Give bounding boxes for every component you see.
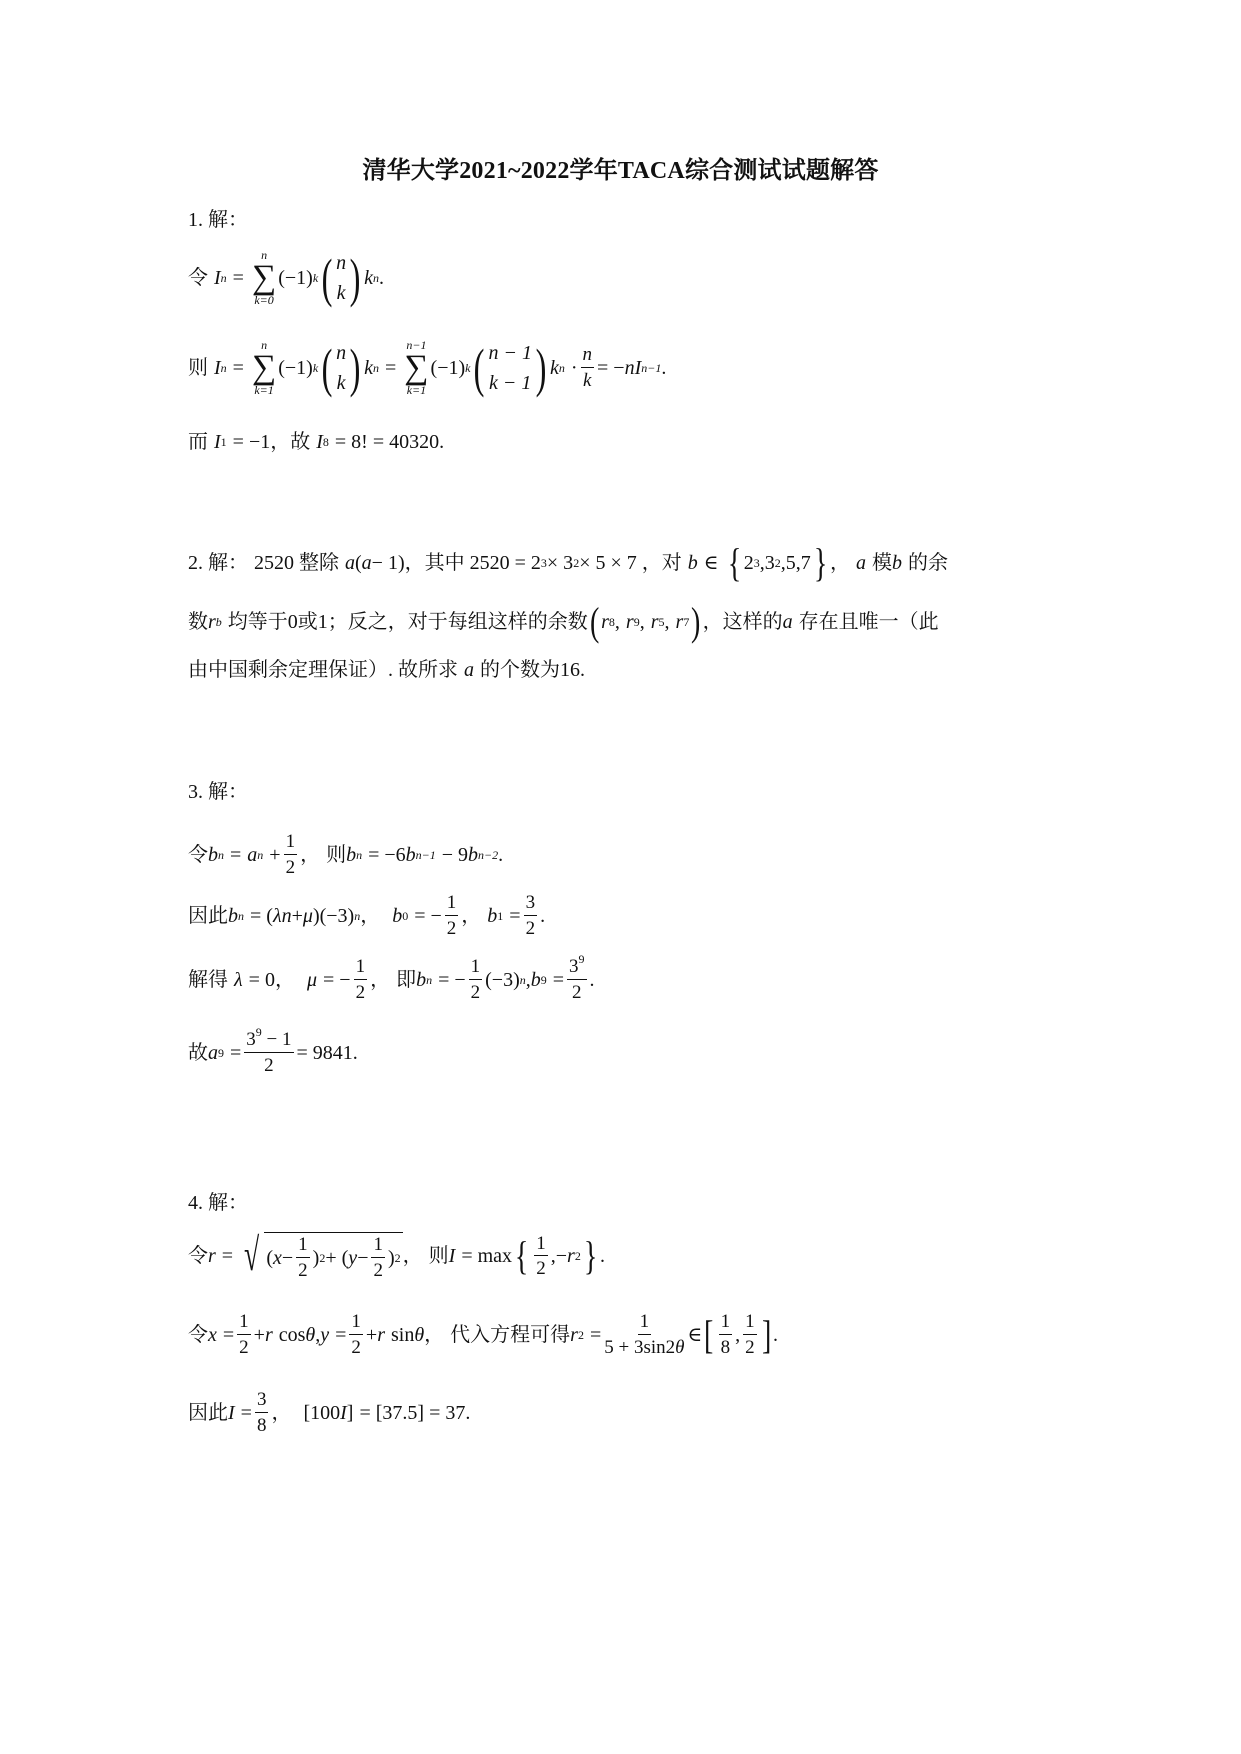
answer-value: = 8! = 40320: [335, 432, 439, 452]
heading-text: 2. 解：: [188, 553, 248, 573]
cn-text: ，这样的: [703, 612, 783, 632]
document-title: 清华大学2021~2022学年TACA综合测试试题解答: [0, 150, 1241, 185]
problem-3-line-2: 因此 bn= (λn + μ)(−3)n， b0= −12， b1=32.: [188, 893, 545, 939]
problem-3-line-4: 故 a9= 39 − 12= 9841.: [188, 1030, 358, 1076]
problem-4-line-2: 令 x=12+rcosθ,y=12+rsinθ， 代入方程可得 r2= 15 +…: [188, 1312, 778, 1358]
problem-3-line-1: 令 bn=an+ 12， 则 bn= −6bn−1− 9bn−2.: [188, 832, 503, 878]
cn-text: 即: [396, 970, 416, 990]
cn-text: ，其中 2520 = 2: [405, 553, 541, 573]
cn-text: 故: [188, 1043, 208, 1063]
cn-text: 代入方程可得: [450, 1325, 570, 1345]
cn-text: 数: [188, 612, 208, 632]
problem-1-line-2: 则 In= n∑k=1 (−1)k (nk) kn= n−1∑k=1 (−1)k…: [188, 338, 666, 398]
cn-text: 解得: [188, 970, 228, 990]
problem-3-line-3: 解得 λ= 0，μ= −12， 即 bn= −12(−3)n,b9= 392.: [188, 957, 595, 1003]
cn-text: 因此: [188, 906, 228, 926]
problem-1-heading: 1. 解：: [188, 210, 248, 230]
cn-text: 而: [188, 432, 208, 452]
problem-2-line-3: 由中国剩余定理保证）. 故所求 a 的个数为16.: [188, 660, 585, 680]
problem-1-line-1: 令 In= n∑k=0 (−1)k (nk) kn.: [188, 248, 384, 308]
cn-text: 令: [188, 1325, 208, 1345]
problem-2-line-2: 数 rb 均等于0或1；反之，对于每组这样的余数 (r8,r9,r5,r7) ，…: [188, 602, 939, 642]
problem-4-heading: 4. 解：: [188, 1193, 248, 1213]
cn-text: 的余: [908, 553, 948, 573]
problem-4-line-3: 因此 I=38， [100I] = [37.5] = 37.: [188, 1390, 470, 1436]
cn-text: × 5 × 7 ，对: [579, 553, 682, 573]
answer-value: = [37.5] = 37.: [359, 1403, 470, 1423]
heading-text: 1. 解：: [188, 210, 248, 230]
problem-1-line-3: 而 I1= −1， 故 I8 = 8! = 40320.: [188, 432, 444, 452]
cn-text: 模: [872, 553, 892, 573]
cn-text: 令: [188, 268, 208, 288]
cn-text: 令: [188, 845, 208, 865]
cn-text: 则: [326, 845, 346, 865]
cn-text: 故: [290, 432, 310, 452]
cn-text: 则: [429, 1246, 449, 1266]
cn-text: 均等于0或1；反之，对于每组这样的余数: [228, 612, 588, 632]
cn-text: 则: [188, 358, 208, 378]
cn-text: × 3: [547, 553, 573, 573]
problem-3-heading: 3. 解：: [188, 782, 248, 802]
heading-text: 4. 解：: [188, 1193, 248, 1213]
problem-2-line-1: 2. 解： 2520 整除 a(a − 1) ，其中 2520 = 23 × 3…: [188, 543, 948, 583]
cn-text: 由中国剩余定理保证）. 故所求: [188, 660, 458, 680]
cn-text: ，: [270, 432, 290, 452]
cn-text: 存在且唯一（此: [799, 612, 939, 632]
cn-text: 的个数为16.: [480, 660, 585, 680]
cn-text: 2520 整除: [254, 553, 339, 573]
cn-text: 令: [188, 1246, 208, 1266]
heading-text: 3. 解：: [188, 782, 248, 802]
cn-text: 因此: [188, 1403, 228, 1423]
problem-4-line-1: 令 r= √(x −12)2 + (y −12)2， 则 I= max{12,−…: [188, 1232, 605, 1281]
